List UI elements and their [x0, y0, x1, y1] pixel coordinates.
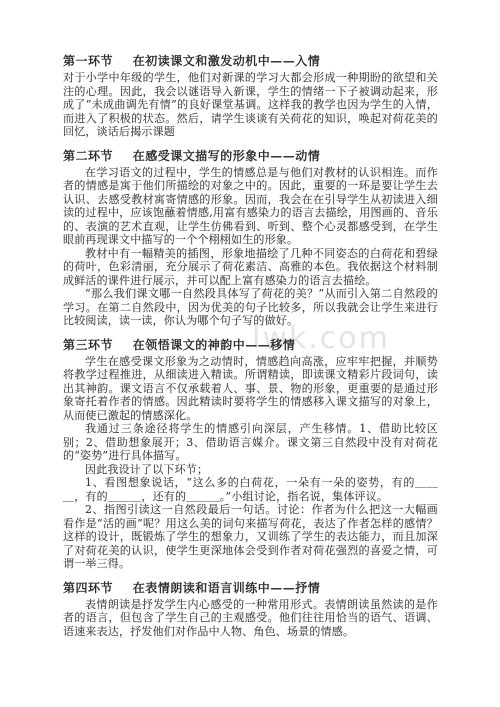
- paragraph: 对于小学中年级的学生，他们对新课的学习大都会形成一种期盼的欲望和关注的心理。因此…: [63, 71, 438, 139]
- paragraph: 教材中有一幅精美的插图，形象地描绘了几种不同姿态的白荷花和碧绿的荷叶，色彩清丽，…: [63, 247, 438, 288]
- section-1-heading: 第一环节 在初读课文和激发动机中——入情: [63, 54, 438, 69]
- paragraph: 我通过三条途径将学生的情感引向深层，产生移情。1、借助比较区别；2、借助想象展开…: [63, 422, 438, 463]
- paragraph: 表情朗读是抒发学生内心感受的一种常用形式。表情朗读虽然读的是作者的语言，但包含了…: [63, 598, 438, 639]
- section-4-heading: 第四环节 在表情朗读和语言训练中——抒情: [63, 581, 438, 596]
- section-4-title: 在表情朗读和语言训练中——抒情: [133, 581, 321, 595]
- section-1-title: 在初读课文和激发动机中——入情: [133, 54, 321, 68]
- section-1-label: 第一环节: [63, 54, 113, 69]
- section-3-heading: 第三环节 在领悟课文的神韵中——移情: [63, 338, 438, 353]
- paragraph: 1、看图想象说话，“这么多的白荷花，一朵有一朵的姿势，有的＿＿＿，有的＿＿＿，还…: [63, 476, 438, 503]
- paragraph: “那么我们课文哪一自然段具体写了荷花的美？”从而引入第二自然段的学习。在第二自然…: [63, 287, 438, 328]
- paragraph: 2、指图引读这一自然段最后一句话。讨论：作者为什么把这一大幅画看作是“活的画”呢…: [63, 503, 438, 571]
- section-3-title: 在领悟课文的神韵中——移情: [133, 338, 296, 352]
- section-2-title: 在感受课文描写的形象中——动情: [133, 149, 321, 163]
- section-2-label: 第二环节: [63, 149, 113, 164]
- section-2-heading: 第二环节 在感受课文描写的形象中——动情: [63, 149, 438, 164]
- document-page: lwk.com 第一环节 在初读课文和激发动机中——入情 对于小学中年级的学生，…: [0, 0, 500, 707]
- section-4-label: 第四环节: [63, 581, 113, 596]
- section-3-yiqing: 第三环节 在领悟课文的神韵中——移情 学生在感受课文形象为之动情时，情感趋向高涨…: [63, 338, 438, 571]
- document-content: 第一环节 在初读课文和激发动机中——入情 对于小学中年级的学生，他们对新课的学习…: [63, 54, 438, 638]
- paragraph: 在学习语文的过程中，学生的情感总是与他们对教材的认识相连。而作者的情感是寓于他们…: [63, 166, 438, 247]
- paragraph: 因此我设计了以下环节；: [63, 463, 438, 477]
- section-4-shuqing: 第四环节 在表情朗读和语言训练中——抒情 表情朗读是抒发学生内心感受的一种常用形…: [63, 581, 438, 639]
- section-3-label: 第三环节: [63, 338, 113, 353]
- paragraph: 学生在感受课文形象为之动情时，情感趋向高涨，应牢牢把握，并顺势将教学过程推进，从…: [63, 355, 438, 423]
- section-1-ruqing: 第一环节 在初读课文和激发动机中——入情 对于小学中年级的学生，他们对新课的学习…: [63, 54, 438, 139]
- section-2-dongqing: 第二环节 在感受课文描写的形象中——动情 在学习语文的过程中，学生的情感总是与他…: [63, 149, 438, 328]
